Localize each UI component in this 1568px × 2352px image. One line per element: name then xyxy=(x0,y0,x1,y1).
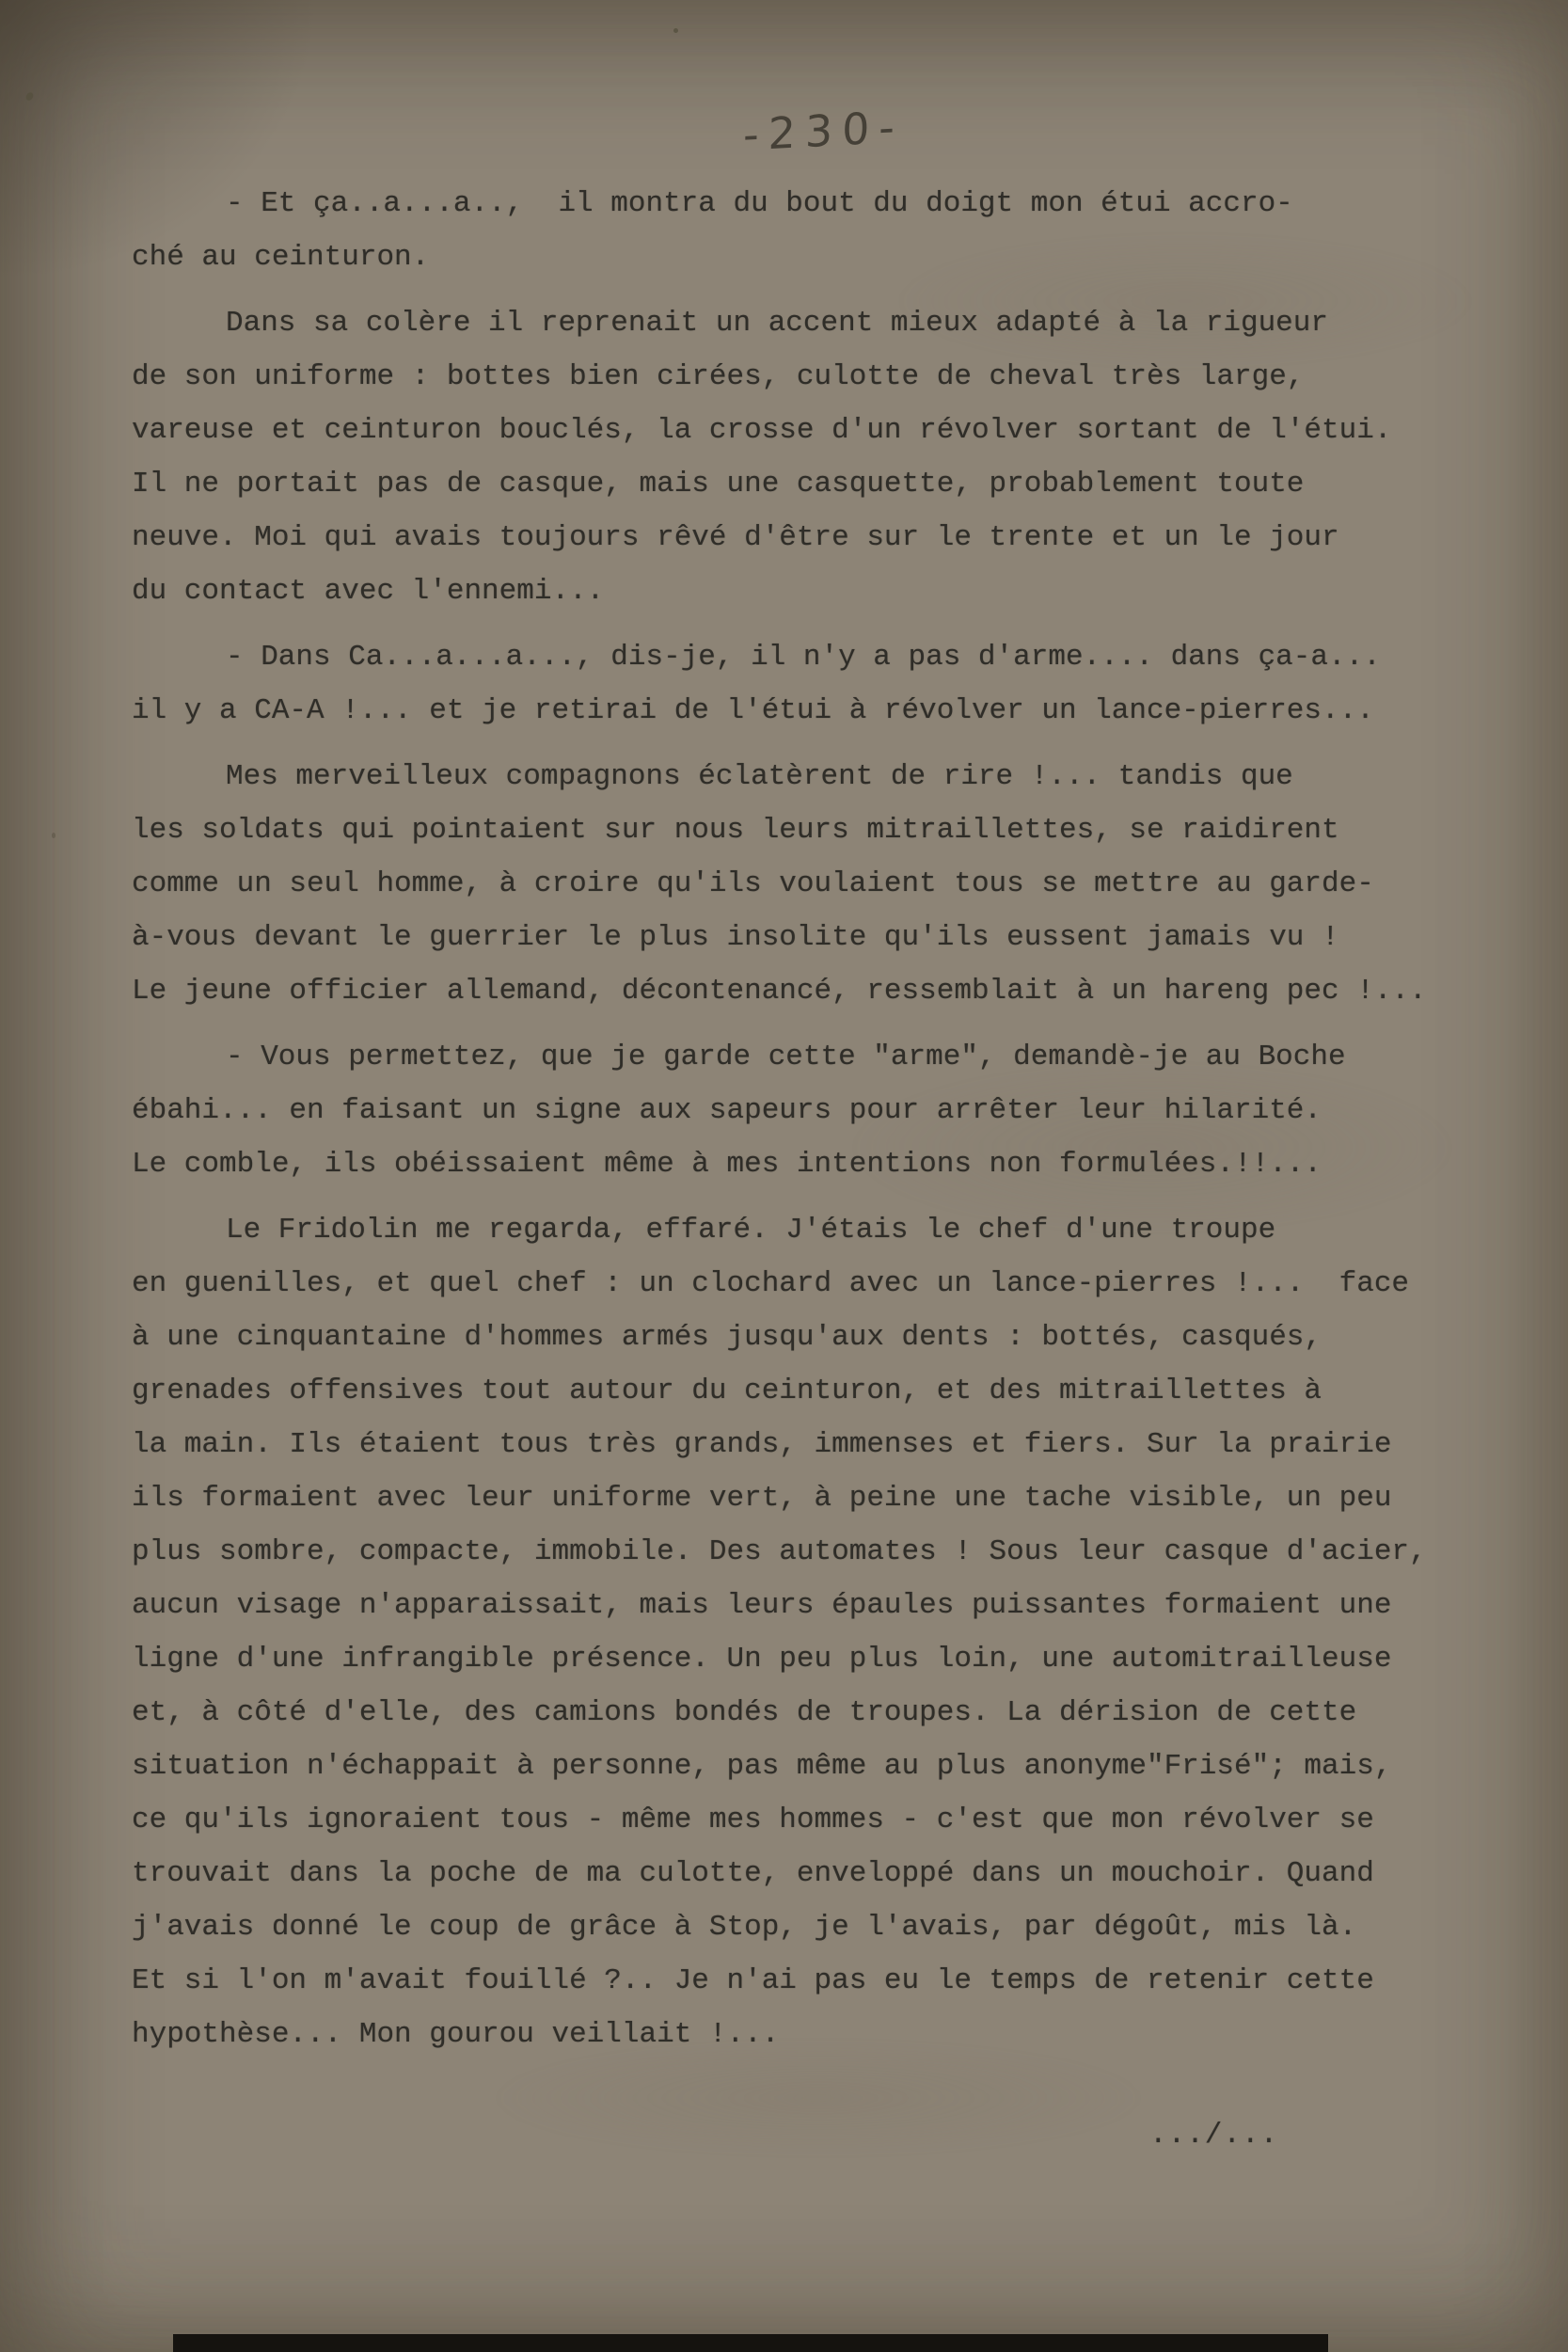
text-line: situation n'échappait à personne, pas mê… xyxy=(132,1740,1464,1793)
handwritten-page-number: -230- xyxy=(743,101,905,160)
text-line: Le Fridolin me regarda, effaré. J'étais … xyxy=(132,1203,1464,1257)
scan-artifact-bar xyxy=(173,2334,1328,2352)
paragraph: - Et ça..a...a.., il montra du bout du d… xyxy=(132,177,1464,284)
text-line: vareuse et ceinturon bouclés, la crosse … xyxy=(132,404,1464,457)
text-line: aucun visage n'apparaissait, mais leurs … xyxy=(132,1579,1464,1632)
paragraph: Mes merveilleux compagnons éclatèrent de… xyxy=(132,750,1464,1018)
text-line: Il ne portait pas de casque, mais une ca… xyxy=(132,457,1464,511)
text-line: du contact avec l'ennemi... xyxy=(132,564,1464,618)
text-line: Le jeune officier allemand, décontenancé… xyxy=(132,964,1464,1018)
text-line: - Vous permettez, que je garde cette "ar… xyxy=(132,1030,1464,1084)
paragraph: Le Fridolin me regarda, effaré. J'étais … xyxy=(132,1203,1464,2061)
text-line: trouvait dans la poche de ma culotte, en… xyxy=(132,1847,1464,1900)
paragraph: Dans sa colère il reprenait un accent mi… xyxy=(132,296,1464,618)
text-line: ils formaient avec leur uniforme vert, à… xyxy=(132,1471,1464,1525)
text-line: de son uniforme : bottes bien cirées, cu… xyxy=(132,350,1464,404)
text-line: j'avais donné le coup de grâce à Stop, j… xyxy=(132,1900,1464,1954)
text-line: ligne d'une infrangible présence. Un peu… xyxy=(132,1632,1464,1686)
text-line: et, à côté d'elle, des camions bondés de… xyxy=(132,1686,1464,1740)
text-line: hypothèse... Mon gourou veillait !... xyxy=(132,2008,1464,2061)
text-line: comme un seul homme, à croire qu'ils vou… xyxy=(132,857,1464,911)
paper-speck xyxy=(52,833,55,838)
text-line: ché au ceinturon. xyxy=(132,230,1464,284)
text-line: à une cinquantaine d'hommes armés jusqu'… xyxy=(132,1311,1464,1364)
text-line: ce qu'ils ignoraient tous - même mes hom… xyxy=(132,1793,1464,1847)
paper-speck xyxy=(673,28,678,33)
text-line: - Dans Ca...a...a..., dis-je, il n'y a p… xyxy=(132,630,1464,684)
text-line: Dans sa colère il reprenait un accent mi… xyxy=(132,296,1464,350)
text-line: Le comble, ils obéissaient même à mes in… xyxy=(132,1137,1464,1191)
document-page: -230- - Et ça..a...a.., il montra du bou… xyxy=(0,0,1568,2352)
text-line: Et si l'on m'avait fouillé ?.. Je n'ai p… xyxy=(132,1954,1464,2008)
text-line: Mes merveilleux compagnons éclatèrent de… xyxy=(132,750,1464,803)
paragraph: - Dans Ca...a...a..., dis-je, il n'y a p… xyxy=(132,630,1464,738)
text-line: il y a CA-A !... et je retirai de l'étui… xyxy=(132,684,1464,738)
text-line: les soldats qui pointaient sur nous leur… xyxy=(132,803,1464,857)
text-line: la main. Ils étaient tous très grands, i… xyxy=(132,1418,1464,1471)
continuation-mark: .../... xyxy=(1149,2119,1278,2152)
text-line: grenades offensives tout autour du ceint… xyxy=(132,1364,1464,1418)
paragraph: - Vous permettez, que je garde cette "ar… xyxy=(132,1030,1464,1191)
paper-speck xyxy=(24,91,35,102)
text-line: ébahi... en faisant un signe aux sapeurs… xyxy=(132,1084,1464,1137)
text-line: neuve. Moi qui avais toujours rêvé d'êtr… xyxy=(132,511,1464,564)
body-text: - Et ça..a...a.., il montra du bout du d… xyxy=(132,177,1464,2074)
text-line: à-vous devant le guerrier le plus insoli… xyxy=(132,911,1464,964)
text-line: plus sombre, compacte, immobile. Des aut… xyxy=(132,1525,1464,1579)
text-line: en guenilles, et quel chef : un clochard… xyxy=(132,1257,1464,1311)
text-line: - Et ça..a...a.., il montra du bout du d… xyxy=(132,177,1464,230)
